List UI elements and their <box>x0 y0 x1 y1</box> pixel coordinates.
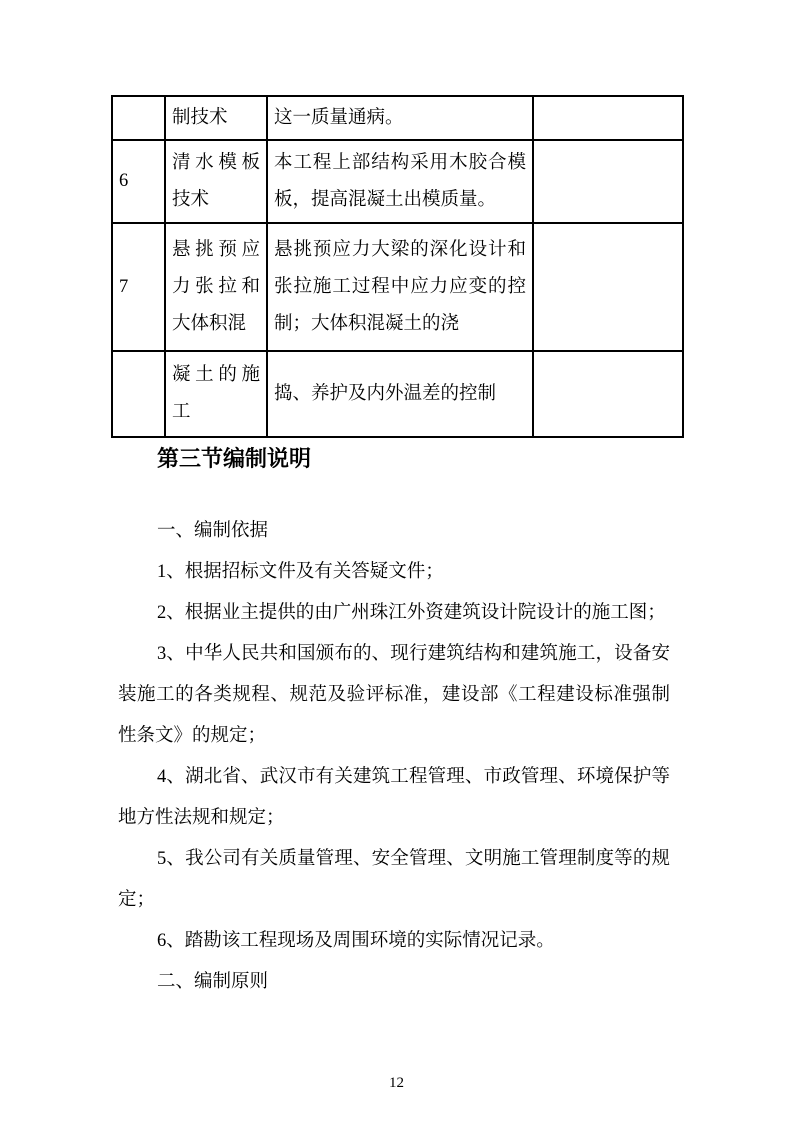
table-row: 制技术 这一质量通病。 <box>112 96 683 140</box>
paragraph-principles-title: 二、编制原则 <box>118 962 670 1003</box>
paragraph-basis-2: 2、根据业主提供的由广州珠江外资建筑设计院设计的施工图； <box>118 593 670 634</box>
table-cell-description: 捣、养护及内外温差的控制 <box>267 351 533 437</box>
table-cell-note <box>533 140 683 223</box>
paragraph-basis-4: 4、湖北省、武汉市有关建筑工程管理、市政管理、环境保护等地方性法规和规定； <box>118 757 670 839</box>
table-cell-number: 6 <box>112 140 165 223</box>
table-cell-description: 悬挑预应力大梁的深化设计和张拉施工过程中应力应变的控制；大体积混凝土的浇 <box>267 223 533 351</box>
table-cell-title: 悬挑预应力张拉和大体积混 <box>165 223 267 351</box>
page-number: 12 <box>0 1073 793 1093</box>
paragraph-basis-5: 5、我公司有关质量管理、安全管理、文明施工管理制度等的规定； <box>118 839 670 921</box>
table-cell-title: 制技术 <box>165 96 267 140</box>
document-page: 制技术 这一质量通病。 6 清水模板技术 本工程上部结构采用木胶合模板，提高混凝… <box>0 0 793 1122</box>
table-row: 凝土的施工 捣、养护及内外温差的控制 <box>112 351 683 437</box>
paragraph-basis-1: 1、根据招标文件及有关答疑文件； <box>118 552 670 593</box>
table-cell-title: 清水模板技术 <box>165 140 267 223</box>
paragraph-basis-6: 6、踏勘该工程现场及周围环境的实际情况记录。 <box>118 921 670 962</box>
table-cell-note <box>533 223 683 351</box>
technology-measures-table: 制技术 这一质量通病。 6 清水模板技术 本工程上部结构采用木胶合模板，提高混凝… <box>111 95 684 438</box>
table-cell-number: 7 <box>112 223 165 351</box>
table-cell-description: 本工程上部结构采用木胶合模板，提高混凝土出模质量。 <box>267 140 533 223</box>
table-cell-note <box>533 96 683 140</box>
table-cell-title: 凝土的施工 <box>165 351 267 437</box>
table-cell-note <box>533 351 683 437</box>
table-row: 7 悬挑预应力张拉和大体积混 悬挑预应力大梁的深化设计和张拉施工过程中应力应变的… <box>112 223 683 351</box>
table-cell-number <box>112 96 165 140</box>
table-row: 6 清水模板技术 本工程上部结构采用木胶合模板，提高混凝土出模质量。 <box>112 140 683 223</box>
paragraph-basis-title: 一、编制依据 <box>118 511 670 552</box>
table-cell-description: 这一质量通病。 <box>267 96 533 140</box>
section-body: 一、编制依据 1、根据招标文件及有关答疑文件； 2、根据业主提供的由广州珠江外资… <box>118 511 670 1003</box>
table-cell-number <box>112 351 165 437</box>
paragraph-basis-3: 3、中华人民共和国颁布的、现行建筑结构和建筑施工，设备安装施工的各类规程、规范及… <box>118 634 670 757</box>
section-heading: 第三节编制说明 <box>118 445 717 473</box>
